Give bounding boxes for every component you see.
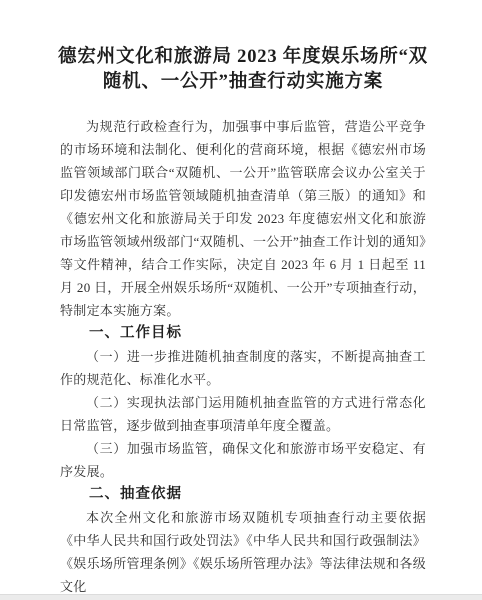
section-heading-goals: 一、工作目标 [60,322,426,345]
intro-paragraph: 为规范行政检查行为，加强事中事后监管，营造公平竞争的市场环境和法制化、便利化的营… [60,115,426,322]
document-title: 德宏州文化和旅游局 2023 年度娱乐场所“双随机、一公开”抽查行动实施方案 [52,45,434,95]
basis-paragraph: 本次全州文化和旅游市场双随机专项抽查行动主要依据《中华人民共和国行政处罚法》《中… [60,506,426,598]
goal-item-1: （一）进一步推进随机抽查制度的落实，不断提高抽查工作的规范化、标准化水平。 [60,345,426,391]
goal-item-2: （二）实现执法部门运用随机抽查监管的方式进行常态化日常监管，逐步做到抽查事项清单… [60,391,426,437]
section-heading-basis: 二、抽查依据 [60,483,426,506]
document-content: 德宏州文化和旅游局 2023 年度娱乐场所“双随机、一公开”抽查行动实施方案 为… [0,0,482,598]
page-bottom-edge [0,594,482,600]
document-page: 德宏州文化和旅游局 2023 年度娱乐场所“双随机、一公开”抽查行动实施方案 为… [0,0,482,600]
goal-item-3: （三）加强市场监管，确保文化和旅游市场平安稳定、有序发展。 [60,437,426,483]
